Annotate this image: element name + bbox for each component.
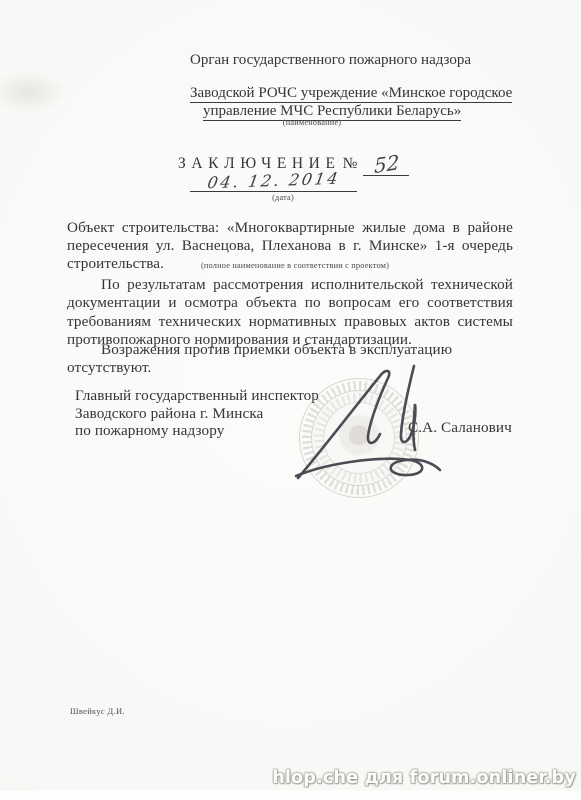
org-name-line-1: Заводской РОЧС учреждение «Минское город…	[190, 85, 512, 103]
date-field: 04. 12. 2014	[190, 171, 357, 192]
object-line: пересечения ул. Васнецова, Плеханова в г…	[67, 237, 513, 255]
scanned-document-page: Орган государственного пожарного надзора…	[0, 0, 581, 800]
object-caption: (полное наименование в соответствии с пр…	[72, 261, 518, 270]
watermark: hlop.che для forum.onliner.by	[272, 768, 576, 788]
number-sign: №	[343, 155, 358, 172]
org-name: Заводской РОЧС учреждение «Минское город…	[190, 85, 512, 121]
object-line: Объект строительства: «Многоквартирные ж…	[67, 219, 513, 237]
results-line: По результатам рассмотрения исполнительс…	[67, 276, 513, 294]
handwritten-document-number: 52	[374, 153, 399, 175]
handwritten-date: 04. 12. 2014	[206, 169, 342, 193]
results-line: требованиям технических нормативных прав…	[67, 313, 513, 331]
signature-stroke	[401, 366, 415, 450]
executor-name: Швейкус Д.И.	[70, 706, 125, 716]
date-caption: (дата)	[213, 193, 353, 202]
results-line: документации и осмотра объекта по вопрос…	[67, 294, 513, 312]
results-paragraph: По результатам рассмотрения исполнительс…	[67, 276, 513, 350]
document-number-field: 52	[363, 155, 409, 176]
signer-name: С.А. Саланович	[408, 419, 512, 437]
signature-stroke	[296, 459, 440, 476]
org-name-caption: (наименование)	[202, 118, 422, 127]
authority-line: Орган государственного пожарного надзора	[190, 52, 471, 69]
